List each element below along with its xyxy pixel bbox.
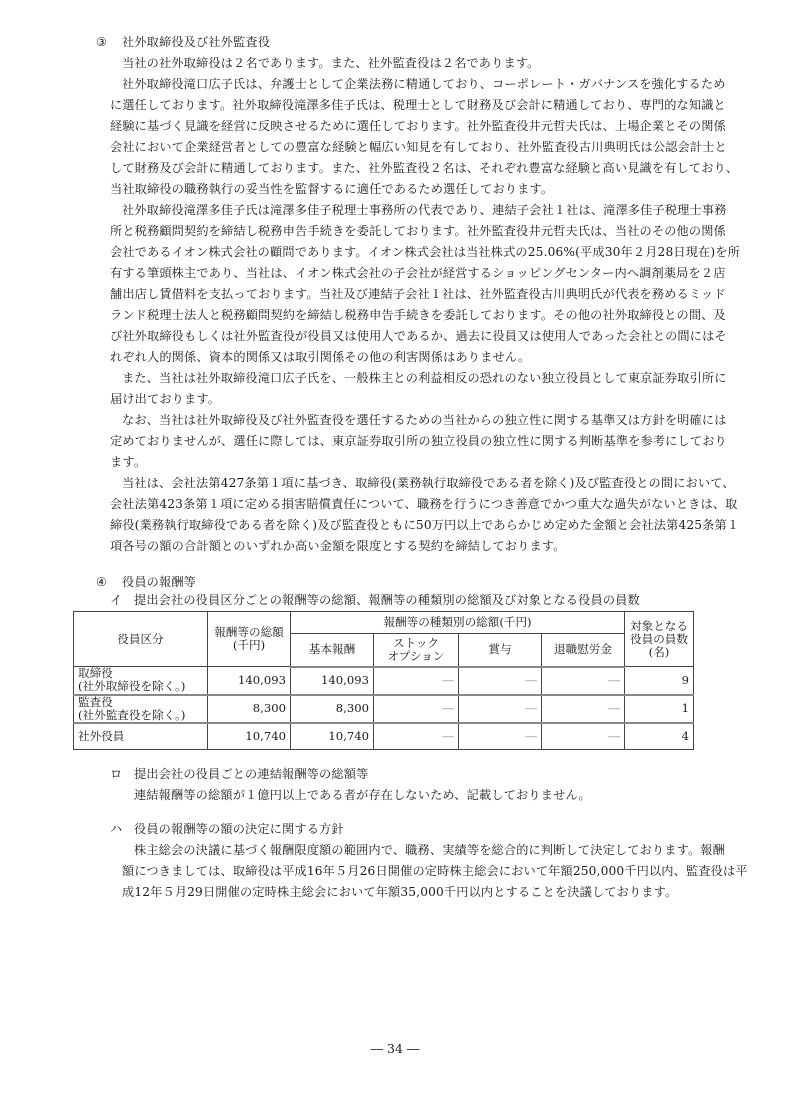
paragraph-line: して財務及び会計に精通しております。また、社外監査役２名は、それぞれ豊富な経験と… xyxy=(110,161,738,175)
row-count: 1 xyxy=(625,695,694,723)
paragraph-line: 有する筆頭株主であり、当社は、イオン株式会社の子会社が経営するショッピングセンタ… xyxy=(110,266,726,280)
paragraph-line: 締役(業務執行取締役である者を除く)及び監査役ともに50万円以上であらかじめ定め… xyxy=(110,518,739,532)
paragraph-line: 株主総会の決議に基づく報酬限度額の範囲内で、職務、実績等を総合的に判断して決定し… xyxy=(134,843,725,857)
section-4-title: 役員の報酬等 xyxy=(122,575,196,589)
row-total: 8,300 xyxy=(208,695,291,723)
header-bonus: 賞与 xyxy=(459,634,542,667)
paragraph-line: 会社法第423条第１項に定める損害賠償責任について、職務を行うにつき善意でかつ重… xyxy=(110,497,738,511)
row-basic: 8,300 xyxy=(291,695,374,723)
paragraph-line: 当社は、会社法第427条第１項に基づき、取締役(業務執行取締役である者を除く)及… xyxy=(122,476,735,490)
row-bonus: ― xyxy=(459,695,542,723)
table-row: 監査役(社外監査役を除く。) 8,300 8,300 ― ― ― 1 xyxy=(74,695,694,723)
subsection-ro-text: 連結報酬等の総額が１億円以上である者が存在しないため、記載しておりません。 xyxy=(134,788,591,802)
document-page: ③ 社外取締役及び社外監査役 当社の社外取締役は２名であります。また、社外監査役… xyxy=(0,0,790,1118)
header-count: 対象となる 役員の員数 (名) xyxy=(625,612,694,667)
paragraph-line: 社外取締役滝澤多佳子氏は滝澤多佳子税理士事務所の代表であり、連結子会社１社は、滝… xyxy=(122,203,727,217)
paragraph-line: また、当社は社外取締役滝口広子氏を、一般株主との利益相反の恐れのない独立役員とし… xyxy=(122,371,727,385)
subsection-i-marker: イ xyxy=(110,593,122,607)
row-label: 取締役(社外取締役を除く。) xyxy=(74,667,208,695)
row-count: 4 xyxy=(625,723,694,750)
section-3-title: 社外取締役及び社外監査役 xyxy=(122,35,270,49)
paragraph-line: なお、当社は社外取締役及び社外監査役を選任するための当社からの独立性に関する基準… xyxy=(122,413,727,427)
section-4-marker: ④ xyxy=(96,575,107,589)
paragraph-line: れぞれ人的関係、資本的関係又は取引関係その他の利害関係はありません。 xyxy=(110,350,530,364)
paragraph-line: ます。 xyxy=(110,455,146,469)
paragraph-line: 経験に基づく見識を経営に反映させるために選任しております。社外監査役井元哲夫氏は… xyxy=(110,119,726,133)
row-stock: ― xyxy=(374,723,459,750)
paragraph-line: 項各号の額の合計額とのいずれか高い金額を限度とする契約を締結しております。 xyxy=(110,539,566,553)
paragraph-line: 成12年５月29日開催の定時株主総会において年額35,000千円以内とすることを… xyxy=(122,885,677,899)
paragraph-line: 所と税務顧問契約を締結し税務申告手続きを委託しております。社外監査役井元哲夫氏は… xyxy=(110,224,726,238)
row-stock: ― xyxy=(374,695,459,723)
subsection-ha-title: 役員の報酬等の額の決定に関する方針 xyxy=(134,822,344,836)
paragraph-line: 会社であるイオン株式会社の顧問であります。イオン株式会社は当社株式の25.06%… xyxy=(110,245,740,259)
section-3-marker: ③ xyxy=(96,35,107,49)
row-basic: 10,740 xyxy=(291,723,374,750)
row-label: 社外役員 xyxy=(74,723,208,750)
row-basic: 140,093 xyxy=(291,667,374,695)
subsection-ha-marker: ハ xyxy=(110,822,122,836)
paragraph-line: 届け出ております。 xyxy=(110,392,220,406)
remuneration-table: 役員区分 報酬等の総額 (千円) 報酬等の種類別の総額(千円) 対象となる 役員… xyxy=(73,611,694,750)
subsection-ro-marker: ロ xyxy=(110,767,122,781)
row-retirement: ― xyxy=(542,667,625,695)
paragraph-line: に選任しております。社外取締役滝澤多佳子氏は、税理士として財務及び会計に精通して… xyxy=(110,98,726,112)
page-number: ― 34 ― xyxy=(0,1041,790,1056)
header-total: 報酬等の総額 (千円) xyxy=(208,612,291,667)
row-bonus: ― xyxy=(459,723,542,750)
paragraph-line: 社外取締役滝口広子氏は、弁護士として企業法務に精通しており、コーポレート・ガバナ… xyxy=(122,77,726,91)
row-stock: ― xyxy=(374,667,459,695)
row-retirement: ― xyxy=(542,695,625,723)
header-stock-option: ストック オプション xyxy=(374,634,459,667)
row-total: 10,740 xyxy=(208,723,291,750)
header-retirement: 退職慰労金 xyxy=(542,634,625,667)
paragraph-line: ランド税理士法人と税務顧問契約を締結し税務申告手続きを委託しております。その他の… xyxy=(110,308,726,322)
header-category: 役員区分 xyxy=(74,612,208,667)
header-basic: 基本報酬 xyxy=(291,634,374,667)
paragraph-line: 定めておりませんが、選任に際しては、東京証券取引所の独立役員の独立性に関する判断… xyxy=(110,434,727,448)
table-row: 取締役(社外取締役を除く。) 140,093 140,093 ― ― ― 9 xyxy=(74,667,694,695)
paragraph-line: 額につきましては、取締役は平成16年５月26日開催の定時株主総会において年額25… xyxy=(122,864,748,878)
subsection-ro-title: 提出会社の役員ごとの連結報酬等の総額等 xyxy=(134,767,368,781)
table-row: 社外役員 10,740 10,740 ― ― ― 4 xyxy=(74,723,694,750)
paragraph-line: び社外取締役もしくは社外監査役が役員又は使用人であるか、過去に役員又は使用人であ… xyxy=(110,329,727,343)
header-by-type: 報酬等の種類別の総額(千円) xyxy=(291,612,625,634)
paragraph-line: 舗出店し賃借料を支払っております。当社及び連結子会社１社は、社外監査役古川典明氏… xyxy=(110,287,726,301)
row-bonus: ― xyxy=(459,667,542,695)
row-count: 9 xyxy=(625,667,694,695)
row-retirement: ― xyxy=(542,723,625,750)
paragraph-line: 当社の社外取締役は２名であります。また、社外監査役は２名であります。 xyxy=(122,56,540,70)
paragraph-line: 当社取締役の職務執行の妥当性を監督するに適任であるため選任しております。 xyxy=(110,182,553,196)
row-label: 監査役(社外監査役を除く。) xyxy=(74,695,208,723)
paragraph-line: 会社において企業経営者としての豊富な経験と幅広い知見を有しており、社外監査役古川… xyxy=(110,140,727,154)
subsection-i-title: 提出会社の役員区分ごとの報酬等の総額、報酬等の種類別の総額及び対象となる役員の員… xyxy=(134,593,640,607)
row-total: 140,093 xyxy=(208,667,291,695)
